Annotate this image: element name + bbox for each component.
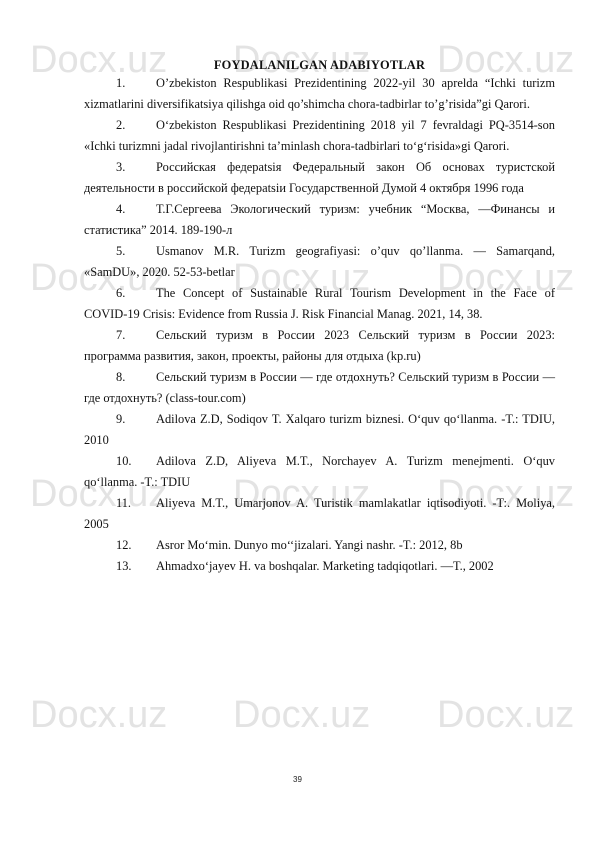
reference-item: 12.Asror Mo‘min. Dunyo mo‘‘jizalari. Yan… xyxy=(84,535,555,556)
reference-number: 1. xyxy=(84,73,156,94)
reference-text: Ahmadxo‘jayev H. va boshqalar. Marketing… xyxy=(156,559,494,573)
reference-number: 3. xyxy=(84,157,156,178)
reference-item: 6.The Concept of Sustainable Rural Touri… xyxy=(84,283,555,325)
reference-item: 2.O‘zbekiston Respublikasi Prezidentinin… xyxy=(84,115,555,157)
watermark: Docx.uz xyxy=(30,699,167,731)
reference-number: 9. xyxy=(84,409,156,430)
page-title: FOYDALANILGAN ADABIYOTLAR xyxy=(84,58,555,73)
reference-number: 4. xyxy=(84,199,156,220)
reference-number: 2. xyxy=(84,115,156,136)
reference-number: 11. xyxy=(84,493,156,514)
reference-number: 12. xyxy=(84,535,156,556)
watermark-row: Docx.uz Docx.uz Docx.uz xyxy=(0,699,595,731)
reference-item: 13.Ahmadxo‘jayev H. va boshqalar. Market… xyxy=(84,556,555,577)
reference-item: 1.O’zbekiston Respublikasi Prezidentinin… xyxy=(84,73,555,115)
page-number: 39 xyxy=(0,775,595,784)
reference-item: 10.Adilova Z.D, Aliyeva M.T., Norchayev … xyxy=(84,451,555,493)
reference-item: 4.Т.Г.Сергеева Экологический туризм: уче… xyxy=(84,199,555,241)
reference-number: 10. xyxy=(84,451,156,472)
reference-number: 13. xyxy=(84,556,156,577)
reference-number: 5. xyxy=(84,241,156,262)
reference-text: Asror Mo‘min. Dunyo mo‘‘jizalari. Yangi … xyxy=(156,538,463,552)
reference-item: 11.Aliyeva M.T., Umarjonov A. Turistik m… xyxy=(84,493,555,535)
reference-item: 9.Adilova Z.D, Sodiqov T. Xalqaro turizm… xyxy=(84,409,555,451)
reference-item: 8.Сельский туризм в России — где отдохну… xyxy=(84,367,555,409)
reference-number: 8. xyxy=(84,367,156,388)
watermark: Docx.uz xyxy=(233,699,370,731)
reference-list: 1.O’zbekiston Respublikasi Prezidentinin… xyxy=(84,73,555,577)
reference-item: 7.Сельский туризм в России 2023 Сельский… xyxy=(84,325,555,367)
reference-number: 7. xyxy=(84,325,156,346)
watermark: Docx.uz xyxy=(437,699,574,731)
reference-number: 6. xyxy=(84,283,156,304)
reference-item: 5.Usmanov M.R. Turizm geografiyasi: o’qu… xyxy=(84,241,555,283)
reference-item: 3.Российская федерatsiя Федеральный зако… xyxy=(84,157,555,199)
document-body: FOYDALANILGAN ADABIYOTLAR 1.O’zbekiston … xyxy=(84,58,555,577)
document-page: Docx.uz Docx.uz Docx.uz Docx.uz Docx.uz … xyxy=(0,0,595,842)
